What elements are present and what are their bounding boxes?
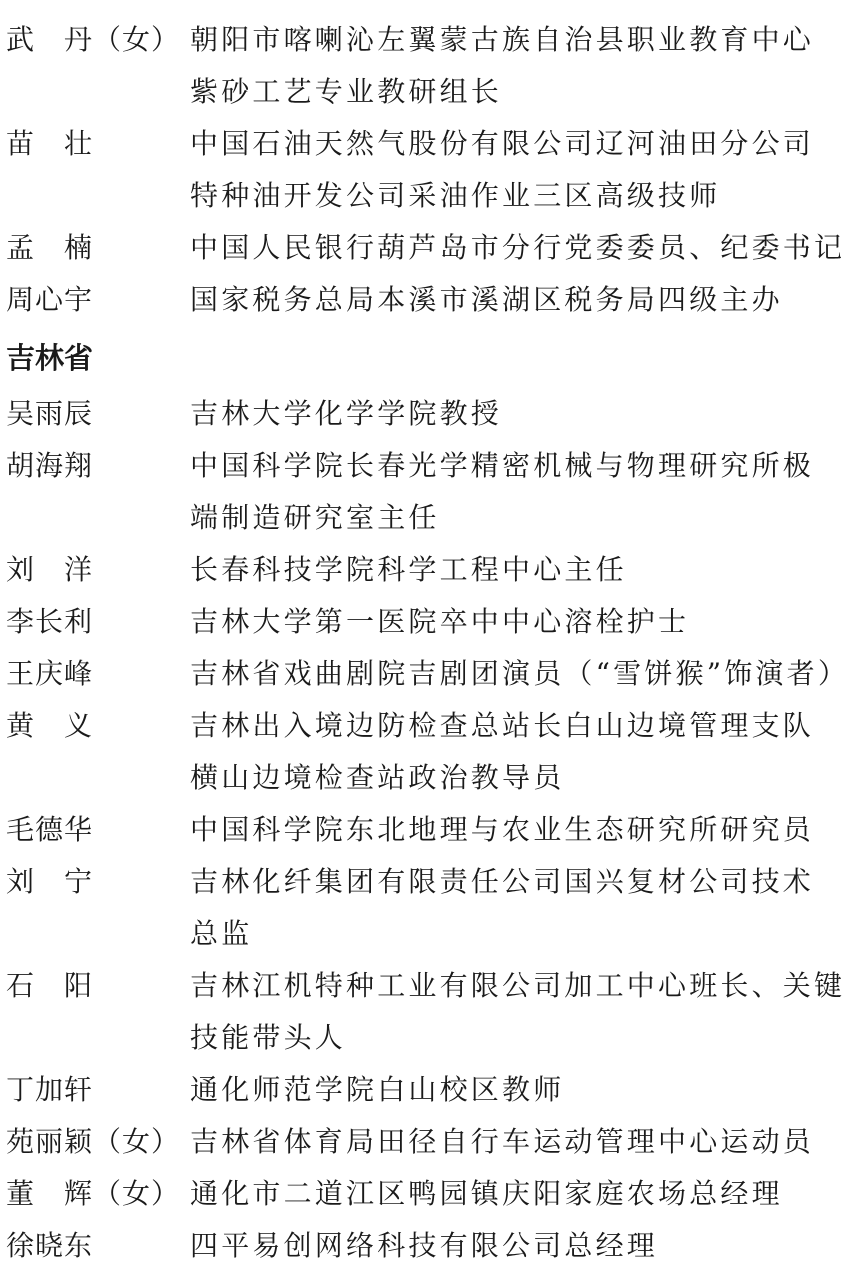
person-name: 孟 楠 — [0, 222, 190, 274]
list-entry: 石 阳 吉林江机特种工业有限公司加工中心班长、关键 技能带头人 — [0, 960, 862, 1064]
person-name: 胡海翔 — [0, 440, 190, 492]
person-name: 苗 壮 — [0, 118, 190, 170]
person-title: 通化市二道江区鸭园镇庆阳家庭农场总经理 — [190, 1168, 862, 1220]
list-entry: 吴雨辰 吉林大学化学学院教授 — [0, 388, 862, 440]
title-line: 吉林化纤集团有限责任公司国兴复材公司技术 — [190, 856, 858, 908]
person-name: 丁加轩 — [0, 1064, 190, 1116]
title-line: 长春科技学院科学工程中心主任 — [190, 544, 858, 596]
person-title: 吉林出入境边防检查总站长白山边境管理支队 横山边境检查站政治教导员 — [190, 700, 862, 804]
person-title: 吉林化纤集团有限责任公司国兴复材公司技术 总监 — [190, 856, 862, 960]
person-name: 刘 洋 — [0, 544, 190, 596]
title-line: 紫砂工艺专业教研组长 — [190, 66, 858, 118]
document-page: 武 丹（女） 朝阳市喀喇沁左翼蒙古族自治县职业教育中心 紫砂工艺专业教研组长 苗… — [0, 14, 862, 1272]
person-name: 徐晓东 — [0, 1220, 190, 1272]
title-line: 总监 — [190, 908, 858, 960]
title-line: 吉林江机特种工业有限公司加工中心班长、关键 — [190, 960, 858, 1012]
list-entry: 黄 义 吉林出入境边防检查总站长白山边境管理支队 横山边境检查站政治教导员 — [0, 700, 862, 804]
title-line: 吉林大学化学学院教授 — [190, 388, 858, 440]
title-line: 四平易创网络科技有限公司总经理 — [190, 1220, 858, 1272]
person-name: 石 阳 — [0, 960, 190, 1012]
title-line: 中国科学院长春光学精密机械与物理研究所极 — [190, 440, 858, 492]
person-name: 吴雨辰 — [0, 388, 190, 440]
list-entry: 胡海翔 中国科学院长春光学精密机械与物理研究所极 端制造研究室主任 — [0, 440, 862, 544]
person-title: 四平易创网络科技有限公司总经理 — [190, 1220, 862, 1272]
person-title: 吉林江机特种工业有限公司加工中心班长、关键 技能带头人 — [190, 960, 862, 1064]
title-line: 吉林大学第一医院卒中中心溶栓护士 — [190, 596, 858, 648]
title-line: 中国科学院东北地理与农业生态研究所研究员 — [190, 804, 858, 856]
person-title: 吉林省戏曲剧院吉剧团演员（“雪饼猴”饰演者） — [190, 648, 862, 700]
list-entry: 毛德华 中国科学院东北地理与农业生态研究所研究员 — [0, 804, 862, 856]
person-title: 吉林大学第一医院卒中中心溶栓护士 — [190, 596, 862, 648]
title-line: 国家税务总局本溪市溪湖区税务局四级主办 — [190, 274, 858, 326]
person-name: 黄 义 — [0, 700, 190, 752]
title-line: 技能带头人 — [190, 1012, 858, 1064]
list-entry: 孟 楠 中国人民银行葫芦岛市分行党委委员、纪委书记 — [0, 222, 862, 274]
list-entry: 刘 洋 长春科技学院科学工程中心主任 — [0, 544, 862, 596]
list-entry: 苑丽颖（女） 吉林省体育局田径自行车运动管理中心运动员 — [0, 1116, 862, 1168]
person-title: 中国人民银行葫芦岛市分行党委委员、纪委书记 — [190, 222, 862, 274]
title-line: 通化师范学院白山校区教师 — [190, 1064, 858, 1116]
title-line: 吉林省戏曲剧院吉剧团演员（“雪饼猴”饰演者） — [190, 648, 858, 700]
person-title: 长春科技学院科学工程中心主任 — [190, 544, 862, 596]
section-heading-jilin: 吉林省 — [0, 328, 862, 388]
person-name: 武 丹（女） — [0, 14, 190, 66]
list-entry: 刘 宁 吉林化纤集团有限责任公司国兴复材公司技术 总监 — [0, 856, 862, 960]
person-name: 周心宇 — [0, 274, 190, 326]
person-title: 吉林省体育局田径自行车运动管理中心运动员 — [190, 1116, 862, 1168]
title-line: 朝阳市喀喇沁左翼蒙古族自治县职业教育中心 — [190, 14, 858, 66]
person-name: 苑丽颖（女） — [0, 1116, 190, 1168]
title-line: 通化市二道江区鸭园镇庆阳家庭农场总经理 — [190, 1168, 858, 1220]
person-title: 通化师范学院白山校区教师 — [190, 1064, 862, 1116]
title-line: 端制造研究室主任 — [190, 492, 858, 544]
title-line: 吉林出入境边防检查总站长白山边境管理支队 — [190, 700, 858, 752]
list-entry: 周心宇 国家税务总局本溪市溪湖区税务局四级主办 — [0, 274, 862, 326]
person-title: 朝阳市喀喇沁左翼蒙古族自治县职业教育中心 紫砂工艺专业教研组长 — [190, 14, 862, 118]
person-title: 中国石油天然气股份有限公司辽河油田分公司 特种油开发公司采油作业三区高级技师 — [190, 118, 862, 222]
list-entry: 李长利 吉林大学第一医院卒中中心溶栓护士 — [0, 596, 862, 648]
person-title: 中国科学院长春光学精密机械与物理研究所极 端制造研究室主任 — [190, 440, 862, 544]
person-title: 国家税务总局本溪市溪湖区税务局四级主办 — [190, 274, 862, 326]
person-name: 王庆峰 — [0, 648, 190, 700]
list-entry: 王庆峰 吉林省戏曲剧院吉剧团演员（“雪饼猴”饰演者） — [0, 648, 862, 700]
list-entry: 苗 壮 中国石油天然气股份有限公司辽河油田分公司 特种油开发公司采油作业三区高级… — [0, 118, 862, 222]
person-title: 中国科学院东北地理与农业生态研究所研究员 — [190, 804, 862, 856]
list-entry: 武 丹（女） 朝阳市喀喇沁左翼蒙古族自治县职业教育中心 紫砂工艺专业教研组长 — [0, 14, 862, 118]
person-name: 董 辉（女） — [0, 1168, 190, 1220]
person-name: 李长利 — [0, 596, 190, 648]
title-line: 横山边境检查站政治教导员 — [190, 752, 858, 804]
person-name: 刘 宁 — [0, 856, 190, 908]
title-line: 吉林省体育局田径自行车运动管理中心运动员 — [190, 1116, 858, 1168]
list-entry: 董 辉（女） 通化市二道江区鸭园镇庆阳家庭农场总经理 — [0, 1168, 862, 1220]
person-name: 毛德华 — [0, 804, 190, 856]
title-line: 特种油开发公司采油作业三区高级技师 — [190, 170, 858, 222]
list-entry: 丁加轩 通化师范学院白山校区教师 — [0, 1064, 862, 1116]
person-title: 吉林大学化学学院教授 — [190, 388, 862, 440]
list-entry: 徐晓东 四平易创网络科技有限公司总经理 — [0, 1220, 862, 1272]
title-line: 中国石油天然气股份有限公司辽河油田分公司 — [190, 118, 858, 170]
title-line: 中国人民银行葫芦岛市分行党委委员、纪委书记 — [190, 222, 858, 274]
